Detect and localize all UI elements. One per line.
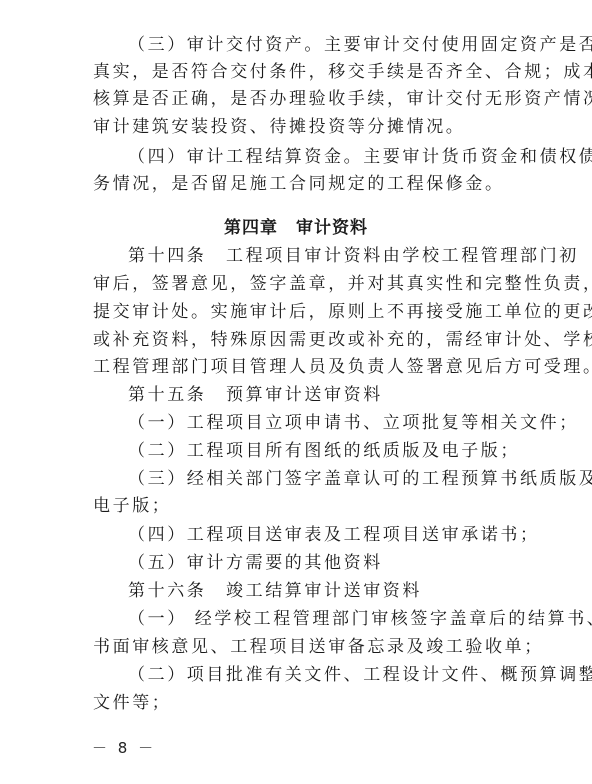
list-item: （二）项目批准有关文件、工程设计文件、概预算调整 <box>128 665 507 685</box>
list-item-continuation: 电子版； <box>93 496 507 516</box>
article-heading: 第十五条 预算审计送审资料 <box>128 385 507 405</box>
paragraph-line: 务情况，是否留足施工合同规定的工程保修金。 <box>93 174 507 194</box>
article-heading: 第十六条 竣工结算审计送审资料 <box>128 581 507 601</box>
paragraph-line: 审计建筑安装投资、待摊投资等分摊情况。 <box>93 117 507 137</box>
page-number: － 8 － <box>92 737 156 758</box>
list-item-continuation: 书面审核意见、工程项目送审备忘录及竣工验收单； <box>93 637 507 657</box>
article-line: 工程管理部门项目管理人员及负责人签署意见后方可受理。 <box>93 357 507 377</box>
list-item-continuation: 文件等； <box>93 693 507 713</box>
list-item: （五）审计方需要的其他资料 <box>128 553 507 573</box>
article-line: 提交审计处。实施审计后，原则上不再接受施工单位的更改 <box>93 302 507 322</box>
list-item: （一）工程项目立项申请书、立项批复等相关文件； <box>128 413 507 433</box>
list-item: （三）经相关部门签字盖章认可的工程预算书纸质版及 <box>128 469 507 489</box>
paragraph-line: 核算是否正确，是否办理验收手续，审计交付无形资产情况， <box>93 89 507 109</box>
list-item: （二）工程项目所有图纸的纸质版及电子版； <box>128 441 507 461</box>
article-line: 或补充资料，特殊原因需更改或补充的，需经审计处、学校 <box>93 330 507 350</box>
list-item: （一） 经学校工程管理部门审核签字盖章后的结算书、 <box>128 609 507 629</box>
article-line: 审后，签署意见，签字盖章，并对其真实性和完整性负责， <box>93 274 507 294</box>
document-page: （三）审计交付资产。主要审计交付使用固定资产是否 真实，是否符合交付条件，移交手… <box>0 0 592 784</box>
paragraph-line: （三）审计交付资产。主要审计交付使用固定资产是否 <box>128 35 507 55</box>
chapter-title: 第四章 审计资料 <box>0 218 592 238</box>
paragraph-line: 真实，是否符合交付条件，移交手续是否齐全、合规；成本 <box>93 62 507 82</box>
list-item: （四）工程项目送审表及工程项目送审承诺书； <box>128 525 507 545</box>
article-line: 第十四条 工程项目审计资料由学校工程管理部门初 <box>128 246 507 266</box>
paragraph-line: （四）审计工程结算资金。主要审计货币资金和债权债 <box>128 147 507 167</box>
